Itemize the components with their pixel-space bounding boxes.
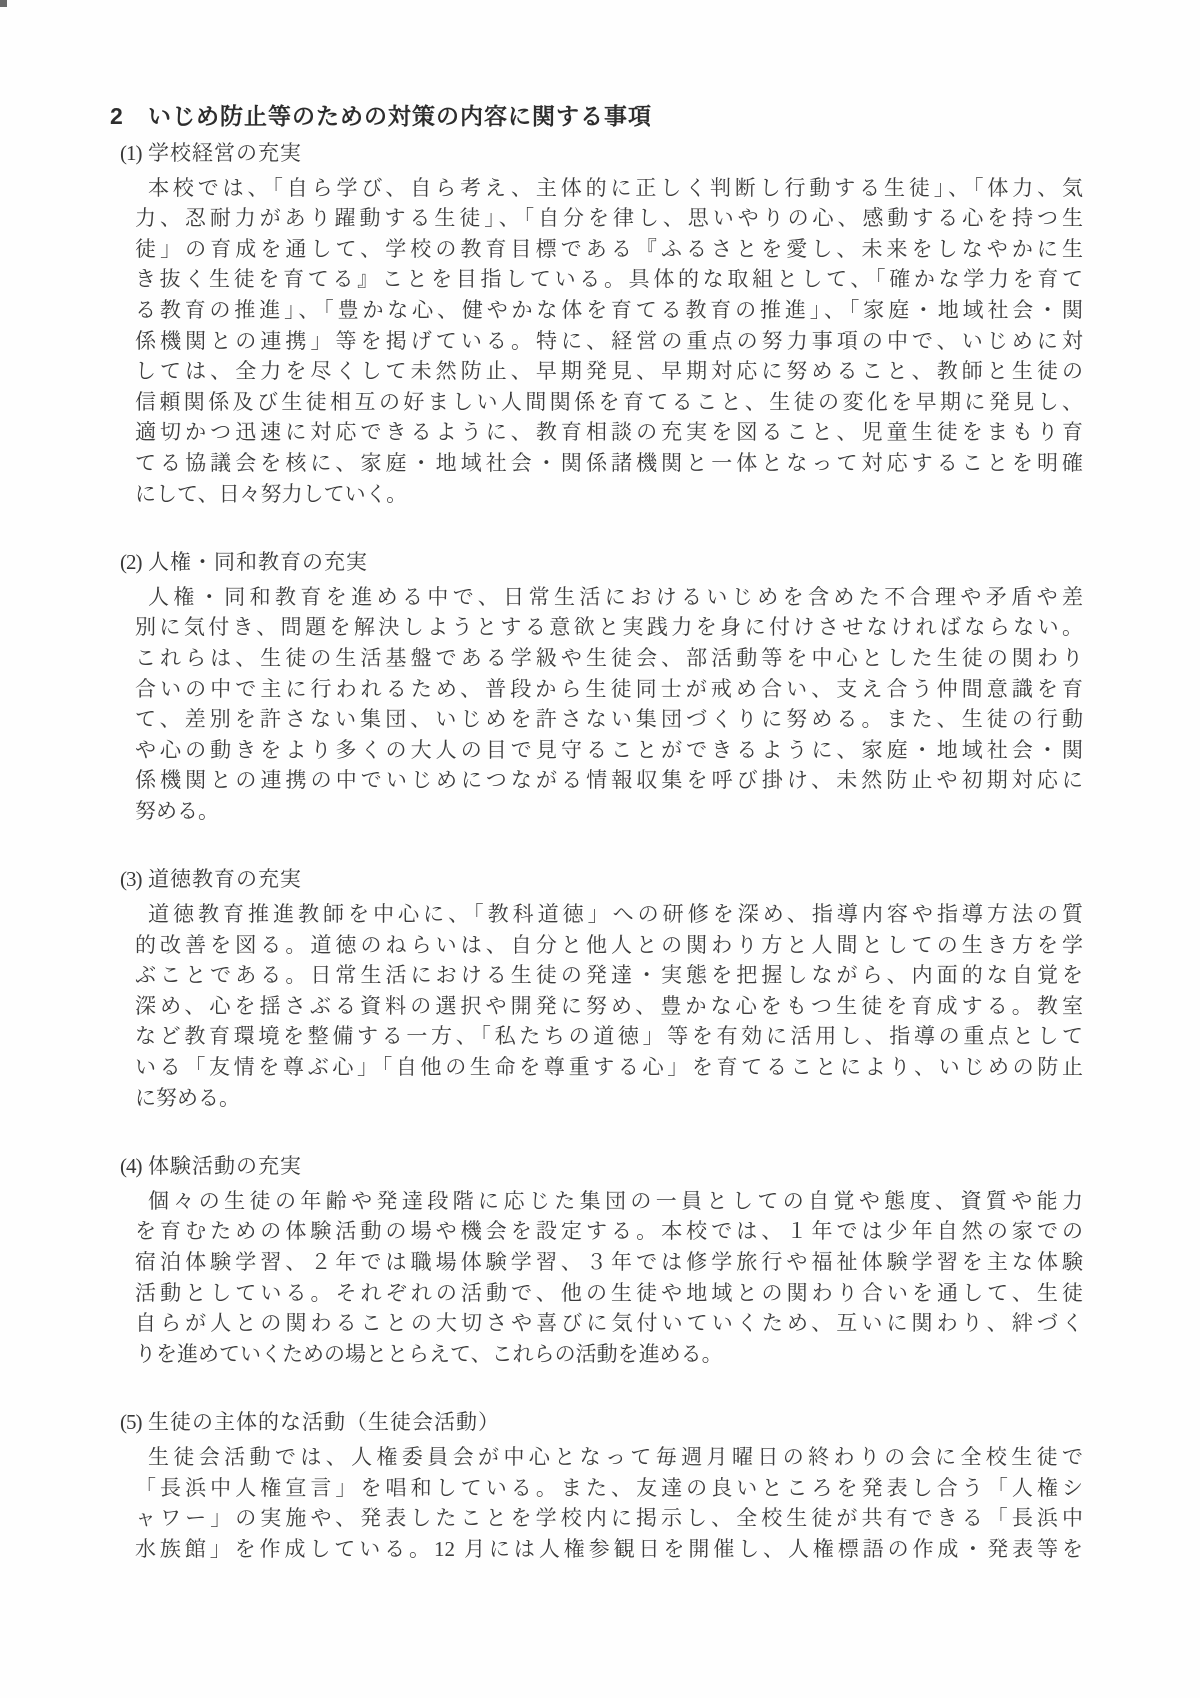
paragraph-line: 活動としている。それぞれの活動で、他の生徒や地域との関わり合いを通して、生徒 — [135, 1278, 1083, 1309]
section-title: 学校経営の充実 — [148, 138, 302, 169]
section-4-heading: (4) 体験活動の充実 — [120, 1151, 1083, 1182]
section-number: (2) — [120, 547, 148, 578]
paragraph-line: 係機関との連携の中でいじめにつながる情報収集を呼び掛け、未然防止や初期対応に — [135, 765, 1083, 796]
section-2-paragraph: 人権・同和教育を進める中で、日常生活におけるいじめを含めた不合理や矛盾や差 別に… — [135, 582, 1083, 827]
paragraph-line: しては、全力を尽くして未然防止、早期発見、早期対応に努めること、教師と生徒の — [135, 356, 1083, 387]
section-5-heading: (5) 生徒の主体的な活動（生徒会活動） — [120, 1407, 1083, 1438]
heading-title: いじめ防止等のための対策の内容に関する事項 — [148, 99, 652, 133]
section-1: (1) 学校経営の充実 本校では、「自ら学び、自ら考え、主体的に正しく判断し行動… — [135, 138, 1083, 509]
section-1-heading: (1) 学校経営の充実 — [120, 138, 1083, 169]
section-5-paragraph: 生徒会活動では、人権委員会が中心となって毎週月曜日の終わりの会に全校生徒で 「長… — [135, 1442, 1083, 1564]
paragraph-line: 的改善を図る。道徳のねらいは、自分と他人との関わり方と人間としての生き方を学 — [135, 930, 1083, 961]
section-title: 人権・同和教育の充実 — [148, 547, 368, 578]
section-3-heading: (3) 道徳教育の充実 — [120, 864, 1083, 895]
paragraph-line: ぶことである。日常生活における生徒の発達・実態を把握しながら、内面的な自覚を — [135, 960, 1083, 991]
section-3-paragraph: 道徳教育推進教師を中心に、「教科道徳」への研修を深め、指導内容や指導方法の質 的… — [135, 899, 1083, 1113]
paragraph-line: 深め、心を揺さぶる資料の選択や開発に努め、豊かな心をもつ生徒を育成する。教室 — [135, 991, 1083, 1022]
paragraph-line: りを進めていくための場ととらえて、これらの活動を進める。 — [135, 1339, 1083, 1370]
section-number: (3) — [120, 864, 148, 895]
paragraph-line: ャワー」の実施や、発表したことを学校内に掲示し、全校生徒が共有できる「長浜中 — [135, 1503, 1083, 1534]
paragraph-line: 道徳教育推進教師を中心に、「教科道徳」への研修を深め、指導内容や指導方法の質 — [135, 899, 1083, 930]
paragraph-line: 別に気付き、問題を解決しようとする意欲と実践力を身に付けさせなければならない。 — [135, 612, 1083, 643]
paragraph-line: にして、日々努力していく。 — [135, 479, 1083, 510]
paragraph-line: 個々の生徒の年齢や発達段階に応じた集団の一員としての自覚や態度、資質や能力 — [135, 1186, 1083, 1217]
paragraph-line: 宿泊体験学習、２年では職場体験学習、３年では修学旅行や福祉体験学習を主な体験 — [135, 1247, 1083, 1278]
paragraph-line: 「長浜中人権宣言」を唱和している。また、友達の良いところを発表し合う「人権シ — [135, 1473, 1083, 1504]
paragraph-line: 努める。 — [135, 796, 1083, 827]
paragraph-line: など教育環境を整備する一方、「私たちの道徳」等を有効に活用し、指導の重点として — [135, 1021, 1083, 1052]
section-title: 体験活動の充実 — [148, 1151, 302, 1182]
paragraph-line: 信頼関係及び生徒相互の好ましい人間関係を育てること、生徒の変化を早期に発見し、 — [135, 387, 1083, 418]
paragraph-line: を育むための体験活動の場や機会を設定する。本校では、１年では少年自然の家での — [135, 1216, 1083, 1247]
paragraph-line: 人権・同和教育を進める中で、日常生活におけるいじめを含めた不合理や矛盾や差 — [135, 582, 1083, 613]
paragraph-line: る教育の推進」、「豊かな心、健やかな体を育てる教育の推進」、「家庭・地域社会・関 — [135, 295, 1083, 326]
document-heading: 2 いじめ防止等のための対策の内容に関する事項 — [110, 99, 1083, 133]
section-4: (4) 体験活動の充実 個々の生徒の年齢や発達段階に応じた集団の一員としての自覚… — [135, 1151, 1083, 1369]
paragraph-line: これらは、生徒の生活基盤である学級や生徒会、部活動等を中心とした生徒の関わり — [135, 643, 1083, 674]
section-1-paragraph: 本校では、「自ら学び、自ら考え、主体的に正しく判断し行動する生徒」、「体力、気 … — [135, 173, 1083, 510]
heading-number: 2 — [110, 99, 148, 133]
document-page: 2 いじめ防止等のための対策の内容に関する事項 (1) 学校経営の充実 本校では… — [0, 0, 1200, 1698]
section-number: (1) — [120, 138, 148, 169]
paragraph-line: 生徒会活動では、人権委員会が中心となって毎週月曜日の終わりの会に全校生徒で — [135, 1442, 1083, 1473]
paragraph-line: 適切かつ迅速に対応できるように、教育相談の充実を図ること、児童生徒をまもり育 — [135, 417, 1083, 448]
paragraph-line: き抜く生徒を育てる』ことを目指している。具体的な取組として、「確かな学力を育て — [135, 264, 1083, 295]
paragraph-line: 自らが人との関わることの大切さや喜びに気付いていくため、互いに関わり、絆づく — [135, 1308, 1083, 1339]
section-2-heading: (2) 人権・同和教育の充実 — [120, 547, 1083, 578]
section-title: 道徳教育の充実 — [148, 864, 302, 895]
section-5: (5) 生徒の主体的な活動（生徒会活動） 生徒会活動では、人権委員会が中心となっ… — [135, 1407, 1083, 1564]
paragraph-line: 係機関との連携」等を掲げている。特に、経営の重点の努力事項の中で、いじめに対 — [135, 326, 1083, 357]
paragraph-line: 本校では、「自ら学び、自ら考え、主体的に正しく判断し行動する生徒」、「体力、気 — [135, 173, 1083, 204]
section-number: (4) — [120, 1151, 148, 1182]
paragraph-line: 合いの中で主に行われるため、普段から生徒同士が戒め合い、支え合う仲間意識を育 — [135, 674, 1083, 705]
paragraph-line: 力、忍耐力があり躍動する生徒」、「自分を律し、思いやりの心、感動する心を持つ生 — [135, 203, 1083, 234]
section-4-paragraph: 個々の生徒の年齢や発達段階に応じた集団の一員としての自覚や態度、資質や能力 を育… — [135, 1186, 1083, 1370]
paragraph-line: てる協議会を核に、家庭・地域社会・関係諸機関と一体となって対応することを明確 — [135, 448, 1083, 479]
paragraph-line: や心の動きをより多くの大人の目で見守ることができるように、家庭・地域社会・関 — [135, 735, 1083, 766]
section-title: 生徒の主体的な活動（生徒会活動） — [148, 1407, 500, 1438]
section-2: (2) 人権・同和教育の充実 人権・同和教育を進める中で、日常生活におけるいじめ… — [135, 547, 1083, 826]
section-3: (3) 道徳教育の充実 道徳教育推進教師を中心に、「教科道徳」への研修を深め、指… — [135, 864, 1083, 1113]
paragraph-line: に努める。 — [135, 1083, 1083, 1114]
paragraph-line: いる「友情を尊ぶ心」「自他の生命を尊重する心」を育てることにより、いじめの防止 — [135, 1052, 1083, 1083]
paragraph-line: て、差別を許さない集団、いじめを許さない集団づくりに努める。また、生徒の行動 — [135, 704, 1083, 735]
paragraph-line: 水族館」を作成している。12 月には人権参観日を開催し、人権標語の作成・発表等を — [135, 1534, 1083, 1565]
paragraph-line: 徒」の育成を通して、学校の教育目標である『ふるさとを愛し、未来をしなやかに生 — [135, 234, 1083, 265]
section-number: (5) — [120, 1407, 148, 1438]
document-content: 2 いじめ防止等のための対策の内容に関する事項 (1) 学校経営の充実 本校では… — [0, 0, 1200, 1564]
